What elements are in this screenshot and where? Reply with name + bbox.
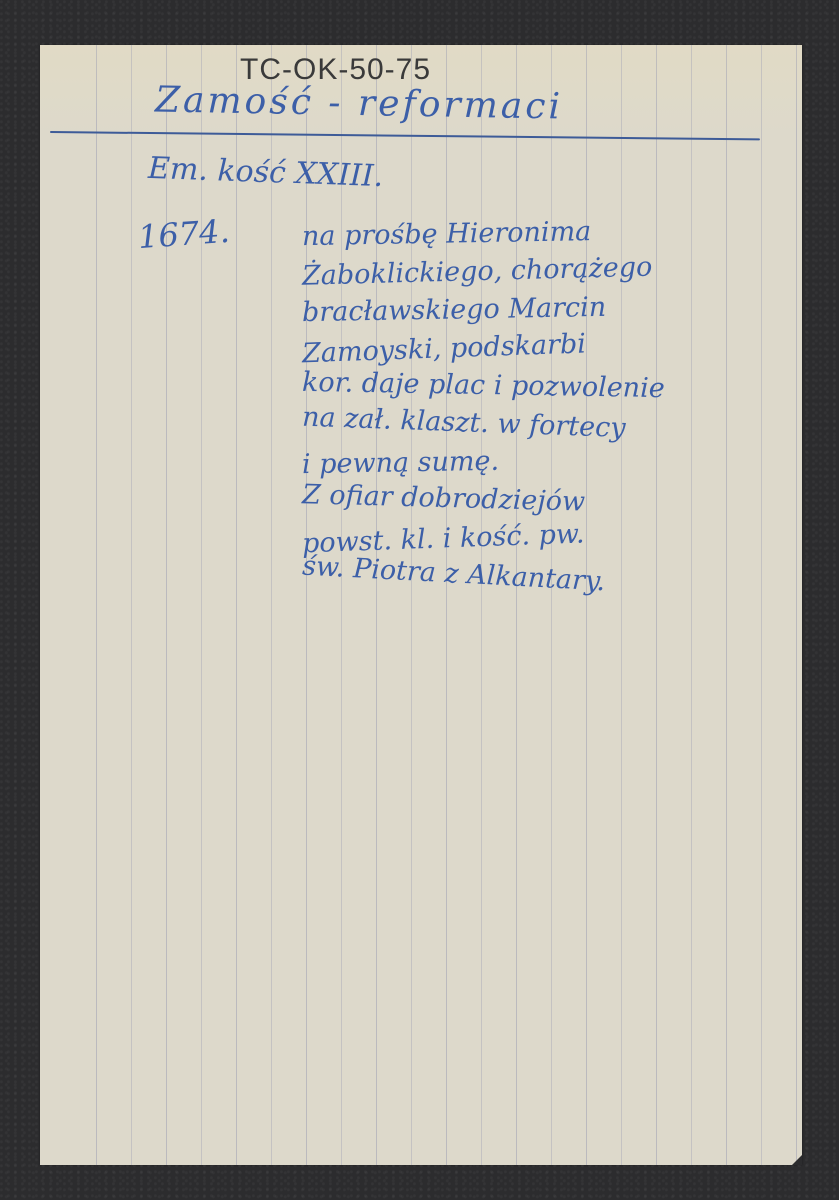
entry-year: 1674. (137, 212, 231, 256)
ruled-lines (40, 45, 802, 1165)
entry-text: na prośbę Hieronima Żaboklickiego, chorą… (302, 215, 665, 595)
folded-corner (792, 1155, 802, 1165)
document-page: TC-OK-50-75 Zamość - reformaci Em. kość … (40, 45, 802, 1165)
heading-handwritten: Zamość - reformaci (155, 79, 564, 127)
